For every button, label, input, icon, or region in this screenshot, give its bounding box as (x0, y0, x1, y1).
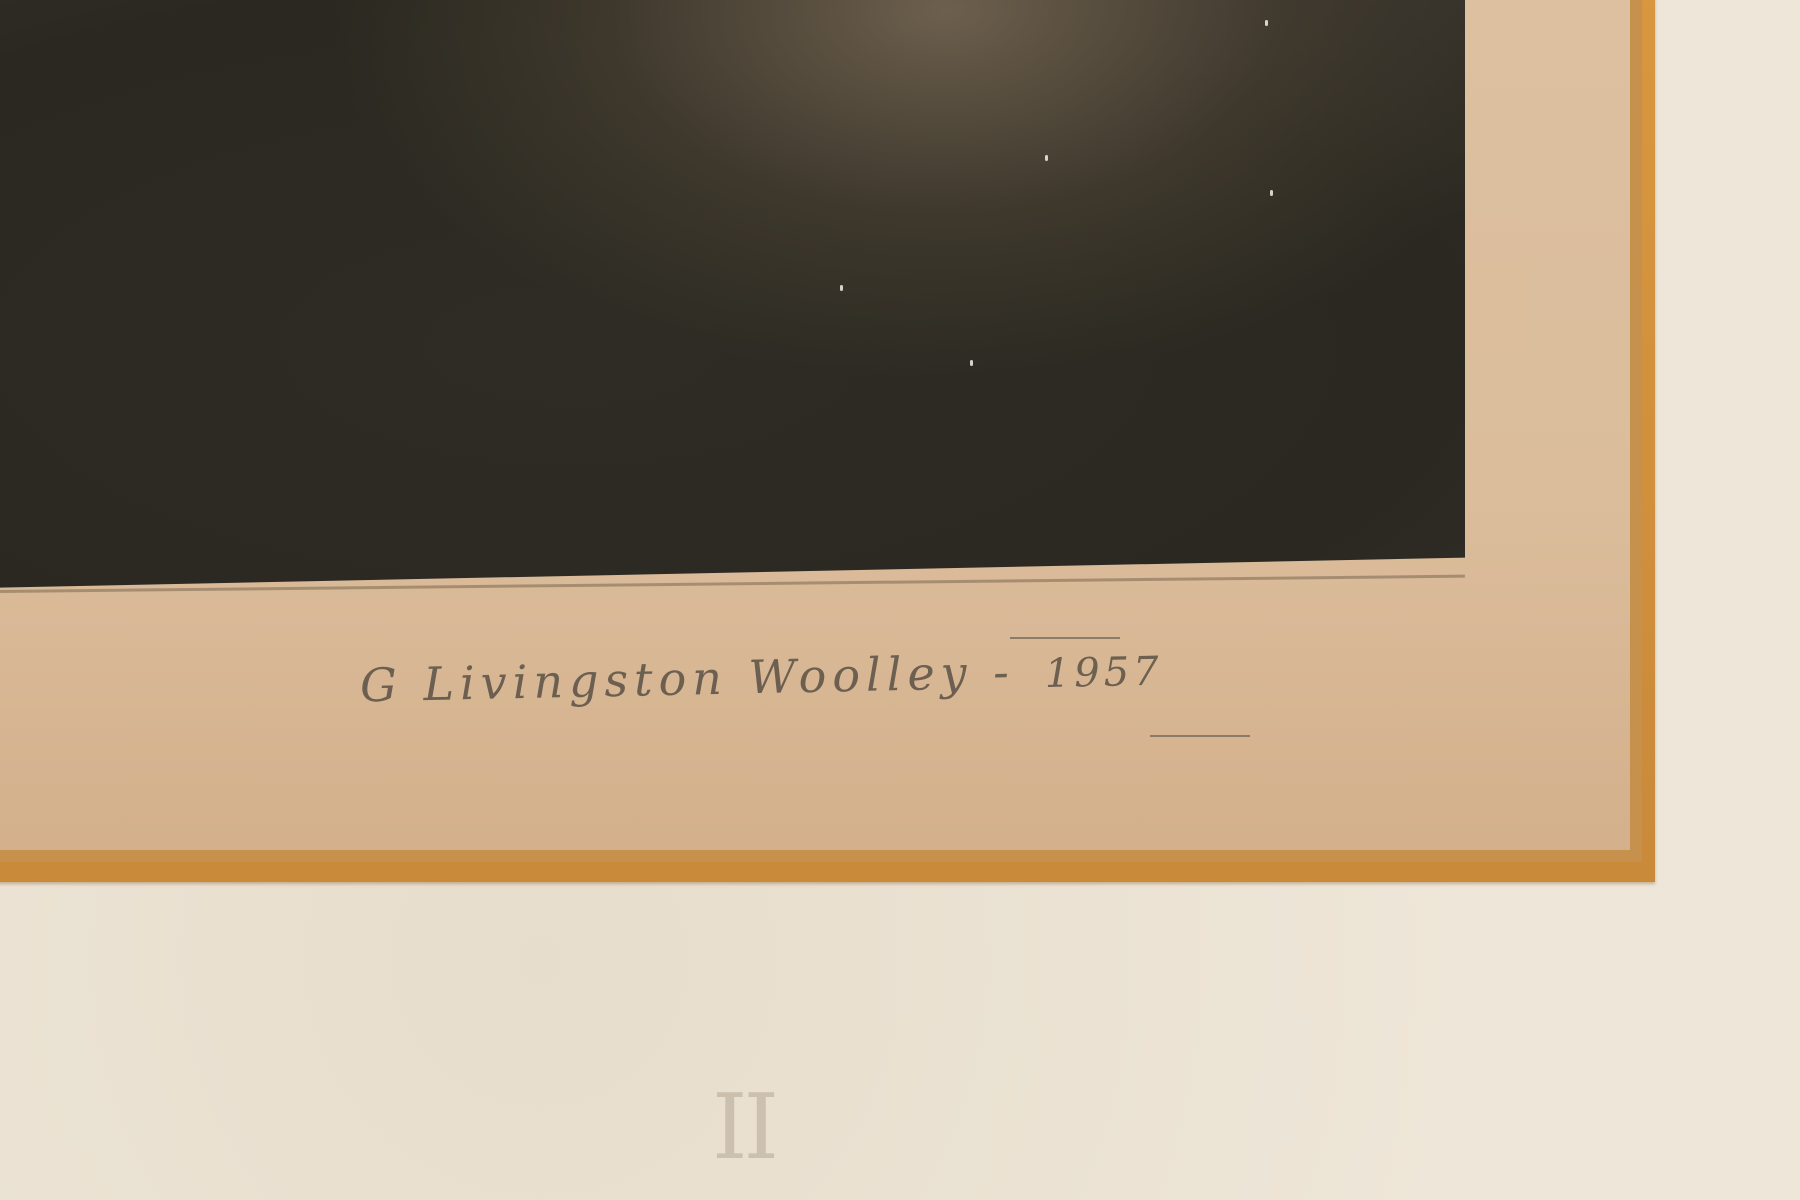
dust-speck (1270, 190, 1273, 196)
edition-mark: II (712, 1075, 775, 1180)
dust-speck (1265, 20, 1268, 26)
dust-speck (840, 285, 843, 291)
dust-speck (1045, 155, 1048, 161)
signature-stroke (1010, 637, 1120, 639)
signature-year: 1957 (1044, 649, 1163, 697)
dust-speck (970, 360, 973, 366)
signature-underline (1150, 735, 1250, 737)
dark-print-image (0, 0, 1465, 588)
